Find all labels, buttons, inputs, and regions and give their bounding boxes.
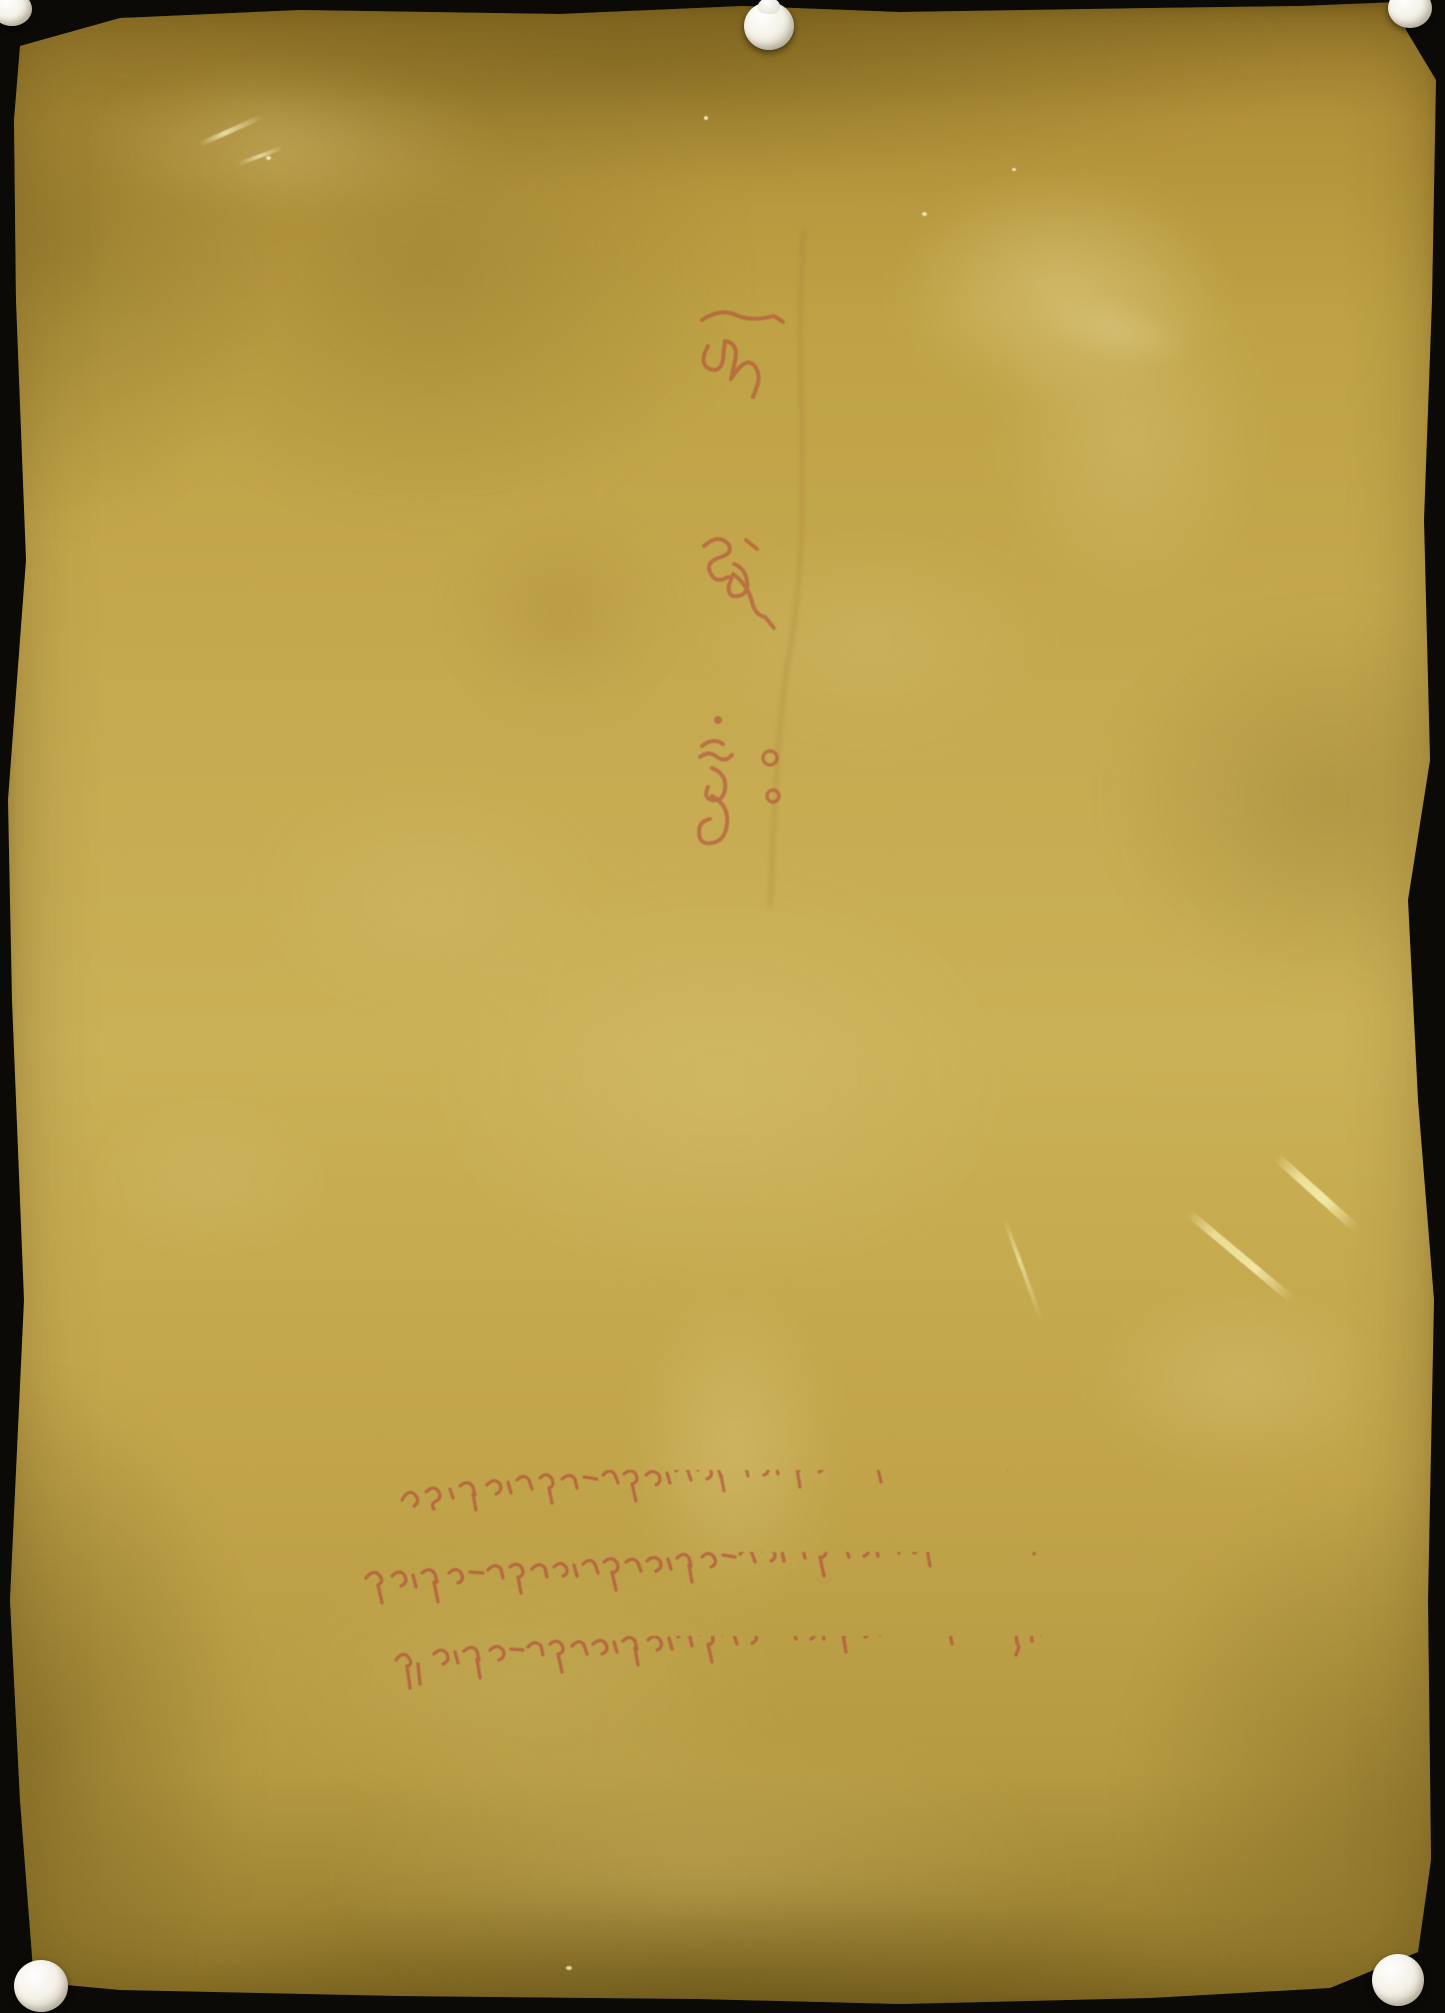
scuff-mark-top-left-a [198, 114, 264, 147]
colophon-line-1: གང་ཤེས་མིང་གི་ཞིན་ག་གསུངས་ས་ན་ག་ནི་བ་ལ་ར… [392, 1470, 1192, 1534]
thin-scratch-center-right [1002, 1218, 1043, 1323]
seed-syllable-hum-text: ཧཱུྃ༔ [690, 706, 691, 707]
paper-fleck [922, 212, 927, 216]
colophon-line-2-strokes [356, 1552, 1171, 1620]
seed-syllable-om-text: ཨོཾ [688, 296, 689, 297]
seed-syllable-ah-text: ཨཱཿ [682, 528, 683, 529]
push-pin-top-center-icon [744, 2, 794, 50]
push-pin-bottom-right-icon [1372, 1954, 1424, 2006]
seed-syllable-ah: ཨཱཿ [682, 528, 802, 638]
parchment-dark-mottling [0, 0, 1445, 2013]
photo-vignette [0, 0, 1445, 2013]
paper-fleck [1012, 168, 1016, 171]
diagonal-scratch-right-upper [1273, 1153, 1359, 1232]
colophon-line-3-text: ནལ། ཨསྱ་བདུན་གྱི་ག་ནི་ཞིན་ཞིག་རིག་བྱེད་ས… [386, 1636, 387, 1637]
scuff-mark-top-left-b [237, 146, 283, 166]
paper-fleck [704, 116, 708, 120]
worn-sheen-patch-top-right [1035, 283, 1195, 378]
ah-glyph-strokes [682, 528, 802, 638]
push-pin-top-left-icon [0, 0, 32, 26]
parchment-light-mottling [0, 0, 1445, 2013]
colophon-line-1-text: གང་ཤེས་མིང་གི་ཞིན་ག་གསུངས་ས་ན་ག་ནི་བ་ལ་ར… [392, 1470, 393, 1471]
colophon-line-2-text: སྐྱོན་སྦྱོར་ཡེགས་མཛད་མངལ་རྣམས་དག་རྒྱ་མ་ལ… [356, 1552, 357, 1553]
vertical-crease-center [730, 220, 870, 920]
colophon-line-3-strokes [386, 1636, 1221, 1708]
seed-syllable-om: ཨོཾ [688, 296, 798, 406]
diagonal-scratch-right-lower [1185, 1209, 1294, 1303]
parchment-sheet: ཨོཾ ཨཱཿ ཧཱུྃ༔ གང་ཤེས་མིང་གི་ཞིན་ག་གསུང [0, 0, 1445, 2013]
hum-glyph-strokes [690, 706, 810, 856]
paper-fleck [566, 1966, 572, 1970]
om-glyph-strokes [688, 296, 798, 406]
push-pin-bottom-left-icon [14, 1960, 68, 2012]
colophon-line-3: ནལ། ཨསྱ་བདུན་གྱི་ག་ནི་ཞིན་ཞིག་རིག་བྱེད་ས… [386, 1636, 1221, 1708]
colophon-line-1-strokes [392, 1470, 1192, 1534]
colophon-line-2: སྐྱོན་སྦྱོར་ཡེགས་མཛད་མངལ་རྣམས་དག་རྒྱ་མ་ལ… [356, 1552, 1171, 1620]
photo-of-parchment: ཨོཾ ཨཱཿ ཧཱུྃ༔ གང་ཤེས་མིང་གི་ཞིན་ག་གསུང [0, 0, 1445, 2013]
paper-fleck [266, 156, 271, 160]
seed-syllable-hum: ཧཱུྃ༔ [690, 706, 810, 856]
